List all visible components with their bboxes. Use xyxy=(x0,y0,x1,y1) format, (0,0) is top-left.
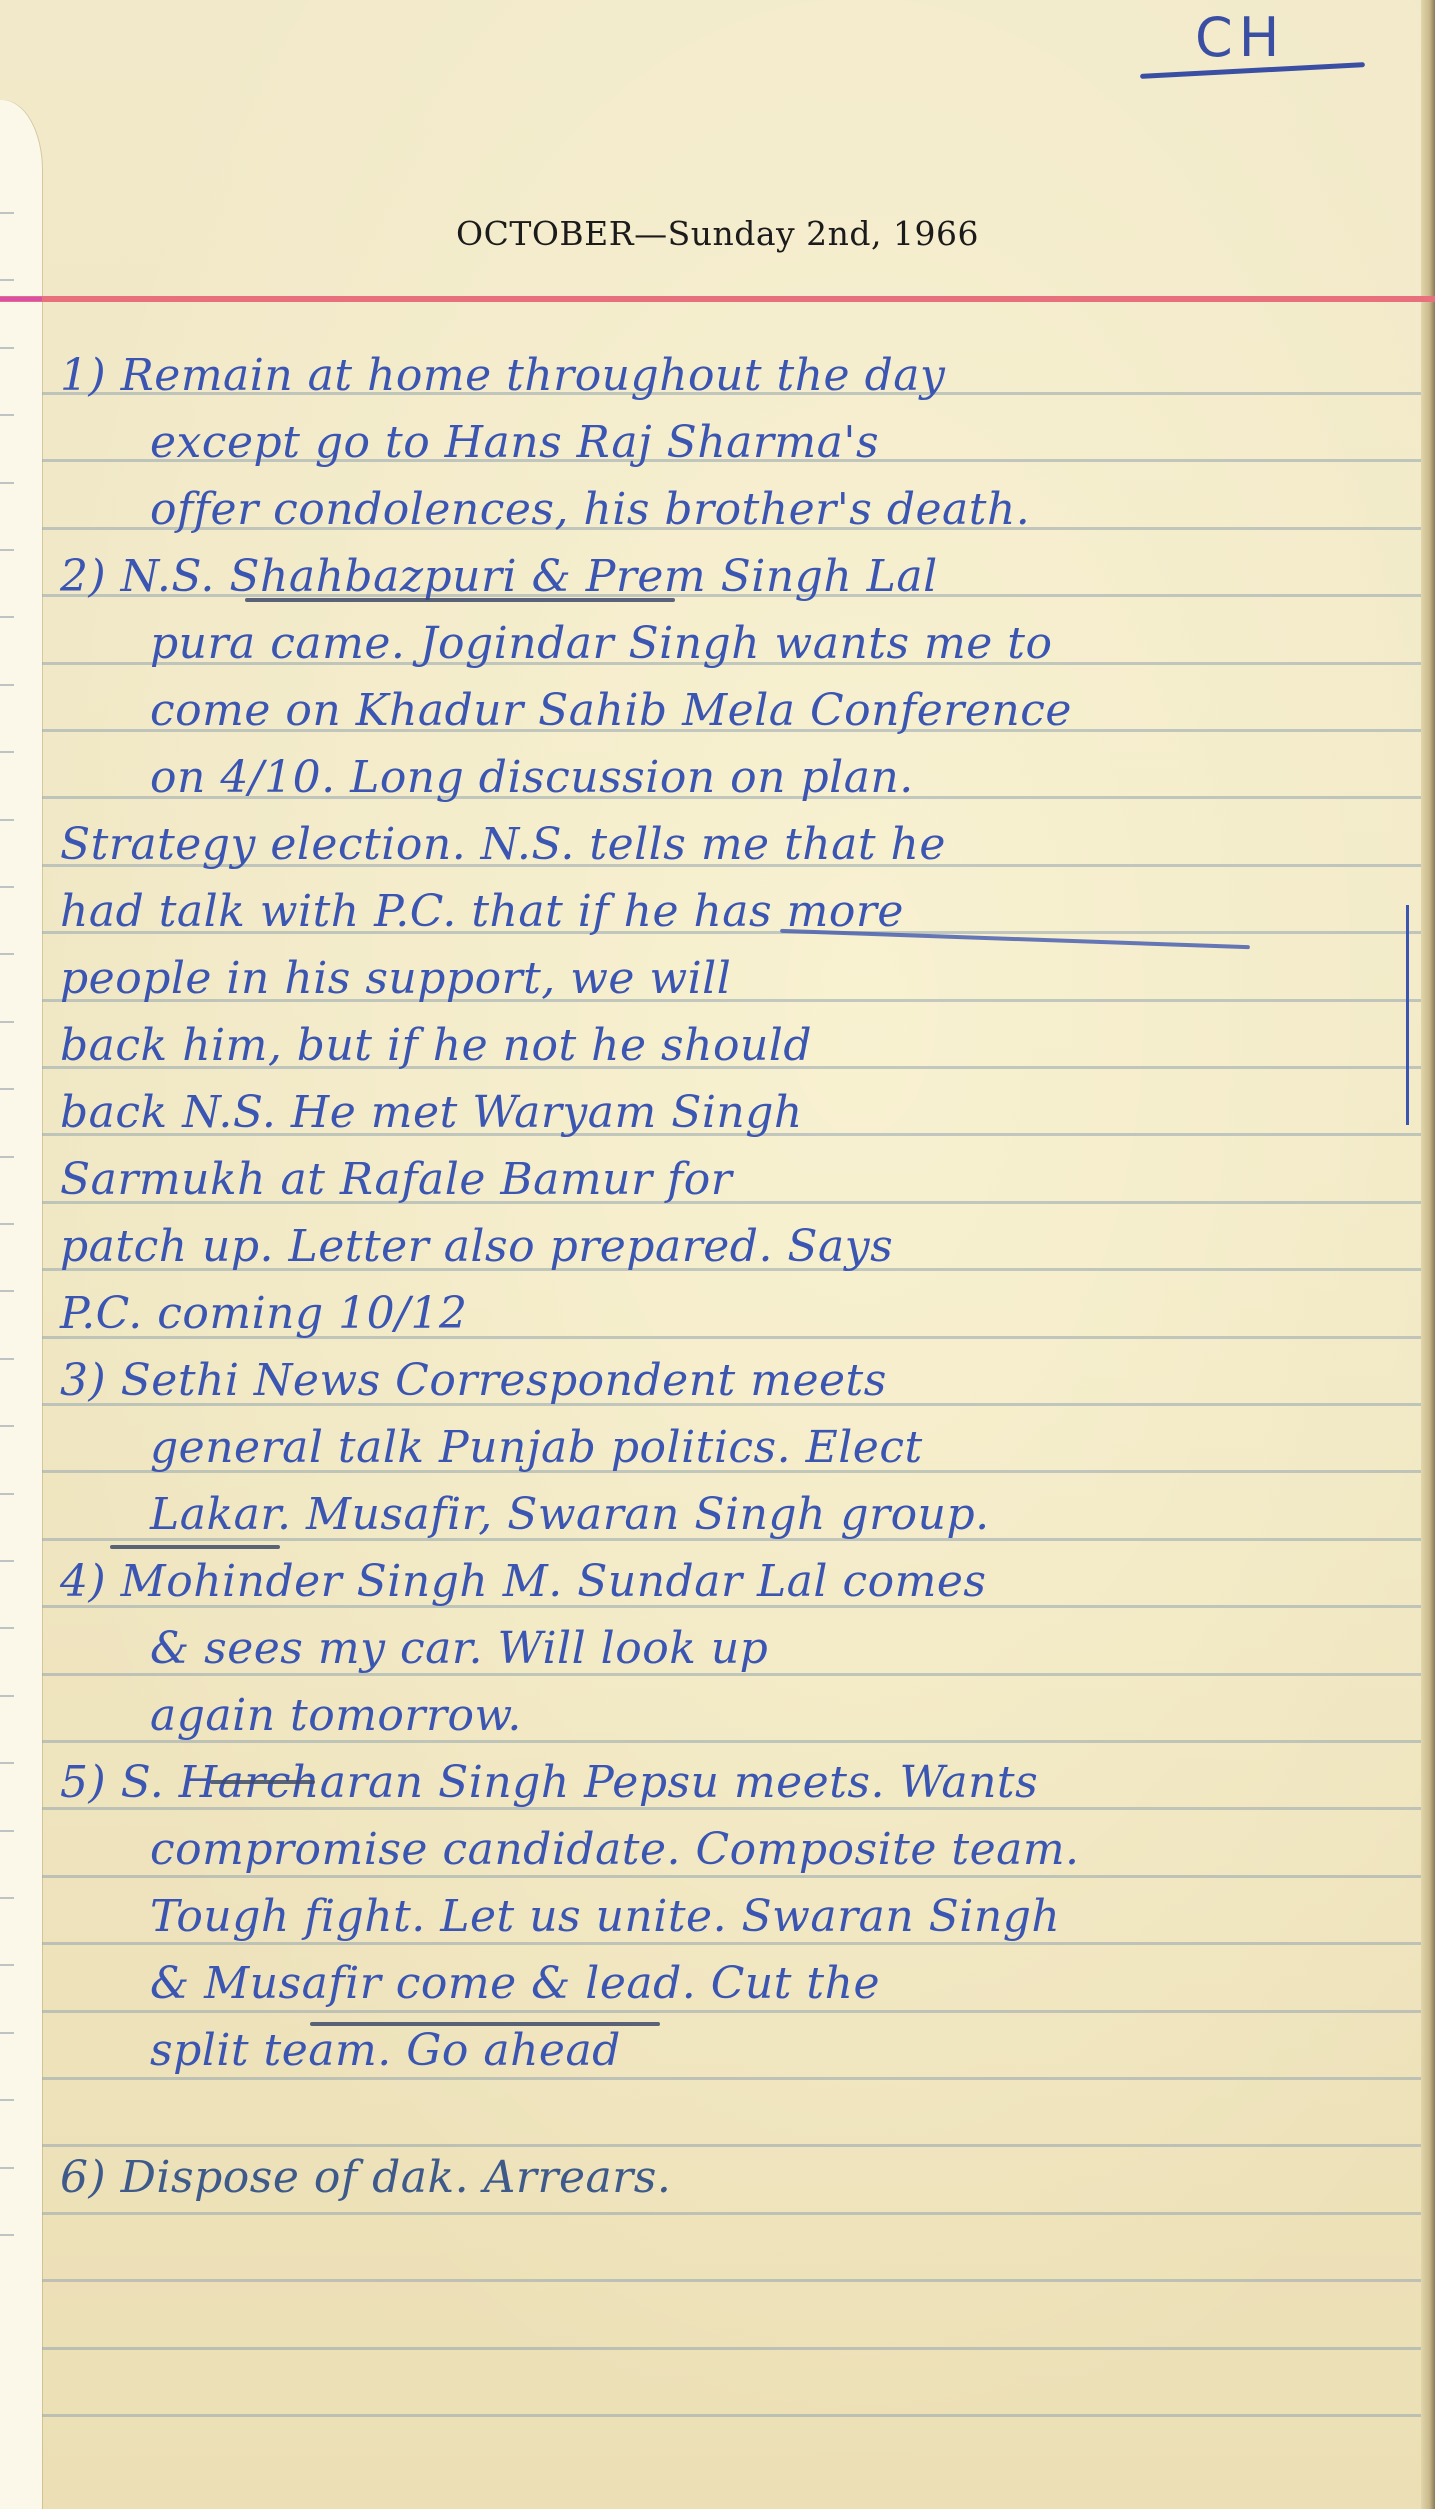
ruled-line xyxy=(42,2414,1421,2417)
tab-ruled-tick xyxy=(0,549,14,551)
tab-ruled-tick xyxy=(0,1830,14,1832)
entry-line: except go to Hans Raj Sharma's xyxy=(60,409,1400,476)
ruled-line xyxy=(42,2279,1421,2282)
entry-line: on 4/10. Long discussion on plan. xyxy=(60,744,1400,811)
tab-ruled-tick xyxy=(0,1425,14,1427)
margin-bracket-mark xyxy=(1406,905,1409,1125)
entry-line: again tomorrow. xyxy=(60,1682,1400,1749)
tab-ruled-tick xyxy=(0,886,14,888)
entry-line: Lakar. Musafir, Swaran Singh group. xyxy=(60,1481,1400,1548)
tab-ruled-tick xyxy=(0,1695,14,1697)
tab-ruled-tick xyxy=(0,1627,14,1629)
tab-red-rule-segment xyxy=(0,297,42,301)
tab-ruled-tick xyxy=(0,2032,14,2034)
entry-line: compromise candidate. Composite team. xyxy=(60,1816,1400,1883)
underline-mark xyxy=(110,1545,280,1549)
index-tab-edge xyxy=(0,100,42,2509)
entry-line: & sees my car. Will look up xyxy=(60,1615,1400,1682)
entry-line: split team. Go ahead xyxy=(60,2017,1400,2084)
tab-ruled-tick xyxy=(0,414,14,416)
ruled-line xyxy=(42,2347,1421,2350)
entry-line: offer condolences, his brother's death. xyxy=(60,476,1400,543)
underline-mark xyxy=(210,1780,315,1784)
tab-ruled-tick xyxy=(0,616,14,618)
tab-ruled-tick xyxy=(0,1358,14,1360)
tab-ruled-tick xyxy=(0,1021,14,1023)
tab-ruled-tick xyxy=(0,279,14,281)
entry-line: general talk Punjab politics. Elect xyxy=(60,1414,1400,1481)
entry-line: 6) Dispose of dak. Arrears. xyxy=(60,2144,1400,2211)
entry-line: 4) Mohinder Singh M. Sundar Lal comes xyxy=(60,1548,1400,1615)
tab-ruled-tick xyxy=(0,1493,14,1495)
entry-line: & Musafir come & lead. Cut the xyxy=(60,1950,1400,2017)
entry-line: Strategy election. N.S. tells me that he xyxy=(60,811,1400,878)
header-red-rule xyxy=(0,296,1435,302)
tab-ruled-tick xyxy=(0,953,14,955)
tab-ruled-tick xyxy=(0,1088,14,1090)
tab-ruled-tick xyxy=(0,2234,14,2236)
tab-ruled-tick xyxy=(0,1762,14,1764)
tab-ruled-tick xyxy=(0,684,14,686)
corner-initials: CH xyxy=(1195,6,1285,69)
entry-line: 1) Remain at home throughout the day xyxy=(60,342,1400,409)
entry-line: back N.S. He met Waryam Singh xyxy=(60,1079,1400,1146)
ruled-line xyxy=(42,2212,1421,2215)
entry-line: 3) Sethi News Correspondent meets xyxy=(60,1347,1400,1414)
entry-line: Sarmukh at Rafale Bamur for xyxy=(60,1146,1400,1213)
entry-line: had talk with P.C. that if he has more xyxy=(60,878,1400,945)
handwritten-entries: 1) Remain at home throughout the day exc… xyxy=(60,342,1400,2211)
underline-mark xyxy=(245,598,675,602)
tab-ruled-tick xyxy=(0,819,14,821)
entry-line: back him, but if he not he should xyxy=(60,1012,1400,1079)
entry-line: patch up. Letter also prepared. Says xyxy=(60,1213,1400,1280)
tab-ruled-tick xyxy=(0,1156,14,1158)
entry-line: people in his support, we will xyxy=(60,945,1400,1012)
entry-line: Tough fight. Let us unite. Swaran Singh xyxy=(60,1883,1400,1950)
underline-mark xyxy=(310,2022,660,2026)
tab-ruled-tick xyxy=(0,1560,14,1562)
page-binding-edge xyxy=(1421,0,1435,2509)
tab-ruled-tick xyxy=(0,751,14,753)
tab-ruled-tick xyxy=(0,1290,14,1292)
tab-ruled-tick xyxy=(0,482,14,484)
tab-ruled-tick xyxy=(0,2167,14,2169)
tab-ruled-tick xyxy=(0,347,14,349)
tab-ruled-tick xyxy=(0,1897,14,1899)
tab-ruled-tick xyxy=(0,2099,14,2101)
entry-line: P.C. coming 10/12 xyxy=(60,1280,1400,1347)
entry-line: pura came. Jogindar Singh wants me to xyxy=(60,610,1400,677)
tab-ruled-tick xyxy=(0,1964,14,1966)
entry-line: come on Khadur Sahib Mela Conference xyxy=(60,677,1400,744)
diary-date-header: OCTOBER—Sunday 2nd, 1966 xyxy=(0,214,1435,253)
diary-page: CH OCTOBER—Sunday 2nd, 1966 1) Remain at… xyxy=(0,0,1435,2509)
tab-ruled-tick xyxy=(0,1223,14,1225)
